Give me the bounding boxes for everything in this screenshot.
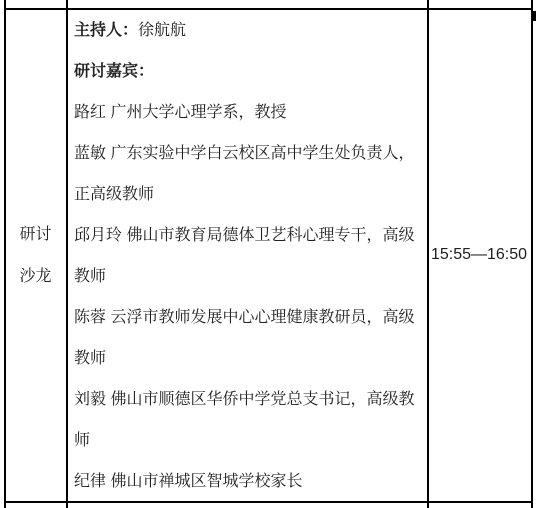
- guest-line: 路红 广州大学心理学系，教授: [74, 90, 424, 131]
- session-time: 15:55—16:50: [431, 246, 527, 264]
- guest-line: 师: [74, 418, 424, 459]
- guest-line: 陈蓉 云浮市教师发展中心心理健康教研员，高级: [74, 295, 424, 336]
- guest-line: 刘毅 佛山市顺德区华侨中学党总支书记，高级教: [74, 377, 424, 418]
- session-name-line: 研讨: [5, 214, 66, 256]
- guest-line: 教师: [74, 254, 424, 295]
- guest-line: 纪律 佛山市禅城区智城学校家长: [74, 459, 424, 500]
- guest-line: 蓝敏 广东实验中学白云校区高中学生处负责人，: [74, 131, 424, 172]
- host-line: 主持人：徐航航: [74, 8, 424, 49]
- session-time-cell: 15:55—16:50: [428, 8, 530, 501]
- row-border-bottom: [4, 501, 532, 503]
- host-label: 主持人：: [74, 17, 138, 40]
- host-name: 徐航航: [138, 17, 186, 40]
- document-page: 研讨 沙龙 主持人：徐航航 研讨嘉宾： 路红 广州大学心理学系，教授 蓝敏 广东…: [0, 0, 536, 508]
- guest-line: 邱月玲 佛山市教育局德体卫艺科心理专干，高级: [74, 213, 424, 254]
- guest-line: 教师: [74, 336, 424, 377]
- table-border-right: [531, 0, 533, 508]
- session-name-line: 沙龙: [5, 256, 66, 298]
- guests-label: 研讨嘉宾：: [74, 58, 154, 81]
- session-name-cell: 研讨 沙龙: [5, 214, 66, 298]
- guest-heading-line: 研讨嘉宾：: [74, 49, 424, 90]
- session-details-cell: 主持人：徐航航 研讨嘉宾： 路红 广州大学心理学系，教授 蓝敏 广东实验中学白云…: [67, 8, 426, 501]
- guest-line: 正高级教师: [74, 172, 424, 213]
